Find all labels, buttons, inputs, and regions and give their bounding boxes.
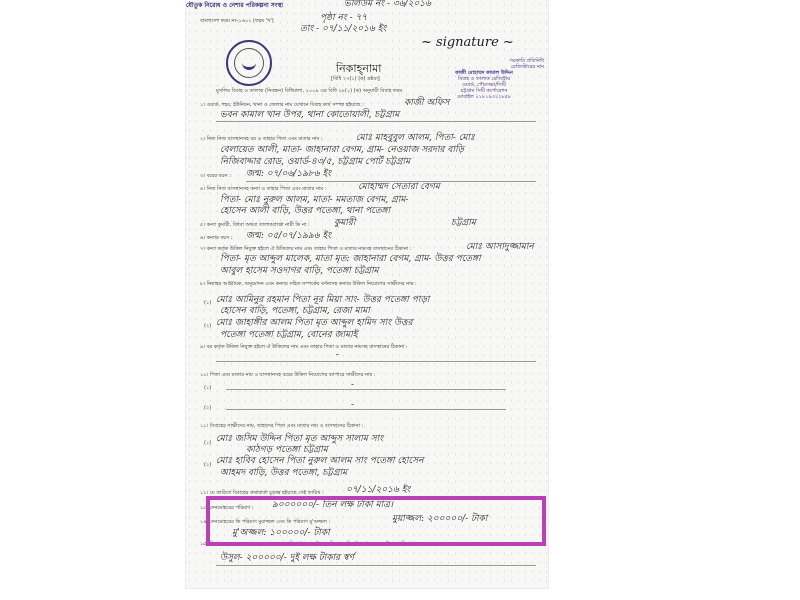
item-1-value: কাজী অফিস xyxy=(404,98,449,108)
item-9-label: ৯। বর কর্তৃক উকিল নিযুক্ত হইলে ঐ উকিলের … xyxy=(200,344,408,350)
item-9-value: - xyxy=(336,350,339,360)
item-4-value-line2: পিতা- মোঃ নুরুল আলম, মাতা- মমতাজ বেগম, গ… xyxy=(220,195,408,205)
item-7-label: ৭। কন্যা কর্তৃক উকিল নিযুক্ত হইলে ঐ উকিল… xyxy=(200,246,411,252)
item-8-witness-1-line2: হোসেন বাড়ি, পতেঙ্গা, চট্টগ্রাম, রেজা মা… xyxy=(220,306,370,316)
item-2-value-line3: নিজিবাদ্দার রোড, ওয়ার্ড-৪৩/৫, চট্টগ্রাম… xyxy=(220,157,410,167)
handwritten-page: পৃষ্ঠা নং - ৭৭ xyxy=(320,13,367,23)
item-4-value-line3: হোসেন আলী বাড়ি, উত্তর পতেঙ্গা, থানা পতে… xyxy=(220,206,390,216)
registrar-signature: ~ signature ~ xyxy=(421,38,514,48)
item-11-witness-1: মোঃ জসিম উদ্দিন পিতা মৃত আব্দুস সালাম সা… xyxy=(216,434,383,444)
intro-text: মুসলিম বিবাহ ও তালাক (নিবন্ধন) বিধিমালা,… xyxy=(216,88,402,94)
government-seal xyxy=(226,40,272,86)
item-2-label: ২। নিজ নিজ বাসস্থানসহ বর ও তাহার পিতা এব… xyxy=(200,136,323,142)
item-1-label: ১। ওয়ার্ড, শহর, ইউনিয়ন, থানা ও জেলার ন… xyxy=(200,102,364,108)
item-2-value: মোঃ মাহবুবুল আলম, পিতা- মোঃ xyxy=(356,133,475,143)
item-11-label: ১১। বিবাহের সাক্ষীদের নাম, তাহাদের পিতা … xyxy=(200,423,363,429)
item-11-witness-2-line2: আহমদ বাড়ি, উত্তর পতেঙ্গা, চট্টগ্রাম xyxy=(220,468,347,478)
handwritten-volume: ভলিউম নং - ৩৬/২০১৬ xyxy=(344,0,431,9)
item-12-value: ০৭/১১/২০১৬ ইং xyxy=(346,485,410,495)
item-11-witness-2: মোঃ হাবিব হোসেন পিতা নুরুল আলম সাং পতেঙ্… xyxy=(216,456,423,466)
item-3-label: ৩। বরের বয়স : xyxy=(200,173,231,179)
handwritten-date: তাং - ০৭/১১/২০১৬ ইং xyxy=(300,24,386,34)
item-8-witness-2: মোঃ জাহাঙ্গীর আলম পিতা মৃত আব্দুল হামিদ … xyxy=(216,318,412,328)
header-organization: যৌতুক নিরোধ ও নেশার পরিকল্পনা সংস্থা xyxy=(186,0,283,11)
registrar-stamp: সরকারি প্রতিনিধি রেজিস্টারের নাম কাজী মো… xyxy=(424,58,544,100)
item-5-label: ৫। কন্যা কুমারী, বিধবা অথবা তালাকপ্রাপ্ত… xyxy=(200,222,310,228)
item-8-label: ৮। নিকাহর আহ্বায়ক, অনুমোদন এবং কন্যার স… xyxy=(200,281,417,287)
form-number: বাংলাদেশ ফরম নং-১৬০১ (ফরম 'খ') xyxy=(200,18,274,24)
item-5-value-place: চট্টগ্রাম xyxy=(451,218,476,228)
item-6-label: ৬। কন্যার বয়স : xyxy=(200,235,233,241)
item-11-witness-1-line2: কাঠগড় পতেঙ্গা চট্টগ্রাম xyxy=(246,445,328,455)
item-6-value: জন্ম: ০৫/০৭/১৯৯৬ ইং xyxy=(246,231,331,241)
item-7-value-line2: পিতা- মৃত আব্দুল মালেক, মাতা মৃত: জাহানা… xyxy=(220,254,481,264)
item-8-witness-1: মোঃ আমিনুর রহমান পিতা নূর মিয়া সাং- উত্… xyxy=(216,295,429,305)
item-4-label: ৪। নিজ নিজ বাসস্থানসহ কন্যা ও তাহার পিতা… xyxy=(200,186,326,192)
highlight-box-dower xyxy=(206,496,546,546)
item-1-value-line2: ভবন কামাল খান উপর, থানা কোতোয়ালী, চট্টগ… xyxy=(220,110,399,120)
item-4-value: মোহাম্মদ সেতারা বেগম xyxy=(358,182,440,192)
item-15-value: উসুল- ২০০০০০/- দুই লক্ষ টাকার স্বর্ণ xyxy=(220,553,354,563)
item-7-value-line3: আবুল হাসেম সওদাগর বাড়ি, পতেঙ্গা চট্টগ্র… xyxy=(220,266,379,276)
item-10-label: ১০। পিতা এবং মাতার নাম ও বাসস্থানসহ বরের… xyxy=(200,372,376,378)
item-5-value: কুমারী xyxy=(334,218,355,228)
item-3-value: জন্ম: ০৭/০৬/১৯৮৬ ইং xyxy=(246,169,331,179)
rule-reference: [বিধি ২৭(১) (ক) দ্রষ্টব্য] xyxy=(331,76,380,82)
item-2-value-line2: বেলায়েত আলী, মাতা- জাহানারা বেগম, গ্রাম… xyxy=(220,145,464,155)
item-8-witness-2-line2: পতেঙ্গা পতেঙ্গা চট্টগ্রাম, বোনের জামাই xyxy=(220,330,357,340)
item-7-value: মোঃ আসাদুজ্জামান xyxy=(466,242,534,252)
